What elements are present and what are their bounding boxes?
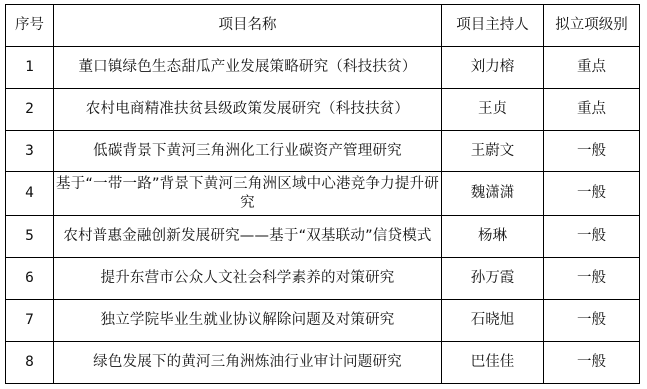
cell-project-leader: 王蔚文 xyxy=(442,131,544,172)
project-name-text: 独立学院毕业生就业协议解除问题及对策研究 xyxy=(101,311,395,330)
cell-project-level: 一般 xyxy=(544,342,640,384)
cell-serial-number: 6 xyxy=(6,258,54,300)
cell-project-name: 提升东营市公众人文社会科学素养的对策研究 xyxy=(54,258,442,300)
project-name-text: 基于“一带一路”背景下黄河三角洲区域中心港竞争力提升研究 xyxy=(54,175,441,213)
cell-project-name: 农村电商精准扶贫县级政策发展研究（科技扶贫） xyxy=(54,89,442,131)
header-project-name: 项目名称 xyxy=(54,5,442,47)
table-row: 4 基于“一带一路”背景下黄河三角洲区域中心港竞争力提升研究 魏潇潇 一般 xyxy=(6,172,640,216)
table-row: 5 农村普惠金融创新发展研究——基于“双基联动”信贷模式 杨琳 一般 xyxy=(6,216,640,258)
header-serial-number: 序号 xyxy=(6,5,54,47)
cell-project-level: 一般 xyxy=(544,300,640,342)
cell-project-name: 农村普惠金融创新发展研究——基于“双基联动”信贷模式 xyxy=(54,216,442,258)
header-project-leader: 项目主持人 xyxy=(442,5,544,47)
cell-project-leader: 王贞 xyxy=(442,89,544,131)
project-name-text: 低碳背景下黄河三角洲化工行业碳资产管理研究 xyxy=(93,142,402,161)
table-row: 3 低碳背景下黄河三角洲化工行业碳资产管理研究 王蔚文 一般 xyxy=(6,131,640,172)
cell-project-leader: 刘力榕 xyxy=(442,47,544,89)
table-row: 7 独立学院毕业生就业协议解除问题及对策研究 石晓旭 一般 xyxy=(6,300,640,342)
project-name-text: 绿色发展下的黄河三角洲炼油行业审计问题研究 xyxy=(93,353,402,372)
cell-serial-number: 5 xyxy=(6,216,54,258)
cell-project-leader: 石晓旭 xyxy=(442,300,544,342)
table-row: 8 绿色发展下的黄河三角洲炼油行业审计问题研究 巴佳佳 一般 xyxy=(6,342,640,384)
cell-project-name: 低碳背景下黄河三角洲化工行业碳资产管理研究 xyxy=(54,131,442,172)
cell-serial-number: 7 xyxy=(6,300,54,342)
cell-project-level: 重点 xyxy=(544,89,640,131)
table-header-row: 序号 项目名称 项目主持人 拟立项级别 xyxy=(6,5,640,47)
cell-serial-number: 3 xyxy=(6,131,54,172)
cell-project-level: 一般 xyxy=(544,172,640,216)
cell-serial-number: 4 xyxy=(6,172,54,216)
cell-project-name: 基于“一带一路”背景下黄河三角洲区域中心港竞争力提升研究 xyxy=(54,172,442,216)
header-project-level: 拟立项级别 xyxy=(544,5,640,47)
table-row: 1 董口镇绿色生态甜瓜产业发展策略研究（科技扶贫） 刘力榕 重点 xyxy=(6,47,640,89)
cell-project-leader: 孙万霞 xyxy=(442,258,544,300)
project-name-text: 董口镇绿色生态甜瓜产业发展策略研究（科技扶贫） xyxy=(78,58,416,77)
cell-project-name: 独立学院毕业生就业协议解除问题及对策研究 xyxy=(54,300,442,342)
project-name-text: 农村普惠金融创新发展研究——基于“双基联动”信贷模式 xyxy=(63,227,431,246)
cell-project-leader: 杨琳 xyxy=(442,216,544,258)
cell-project-level: 一般 xyxy=(544,216,640,258)
cell-project-name: 董口镇绿色生态甜瓜产业发展策略研究（科技扶贫） xyxy=(54,47,442,89)
cell-serial-number: 1 xyxy=(6,47,54,89)
project-name-text: 农村电商精准扶贫县级政策发展研究（科技扶贫） xyxy=(86,100,409,119)
cell-project-level: 一般 xyxy=(544,131,640,172)
table-row: 2 农村电商精准扶贫县级政策发展研究（科技扶贫） 王贞 重点 xyxy=(6,89,640,131)
cell-project-name: 绿色发展下的黄河三角洲炼油行业审计问题研究 xyxy=(54,342,442,384)
table-row: 6 提升东营市公众人文社会科学素养的对策研究 孙万霞 一般 xyxy=(6,258,640,300)
cell-project-leader: 魏潇潇 xyxy=(442,172,544,216)
cell-project-leader: 巴佳佳 xyxy=(442,342,544,384)
cell-project-level: 重点 xyxy=(544,47,640,89)
cell-serial-number: 2 xyxy=(6,89,54,131)
project-table: 序号 项目名称 项目主持人 拟立项级别 1 董口镇绿色生态甜瓜产业发展策略研究（… xyxy=(5,4,640,384)
cell-project-level: 一般 xyxy=(544,258,640,300)
cell-serial-number: 8 xyxy=(6,342,54,384)
project-name-text: 提升东营市公众人文社会科学素养的对策研究 xyxy=(101,269,395,288)
